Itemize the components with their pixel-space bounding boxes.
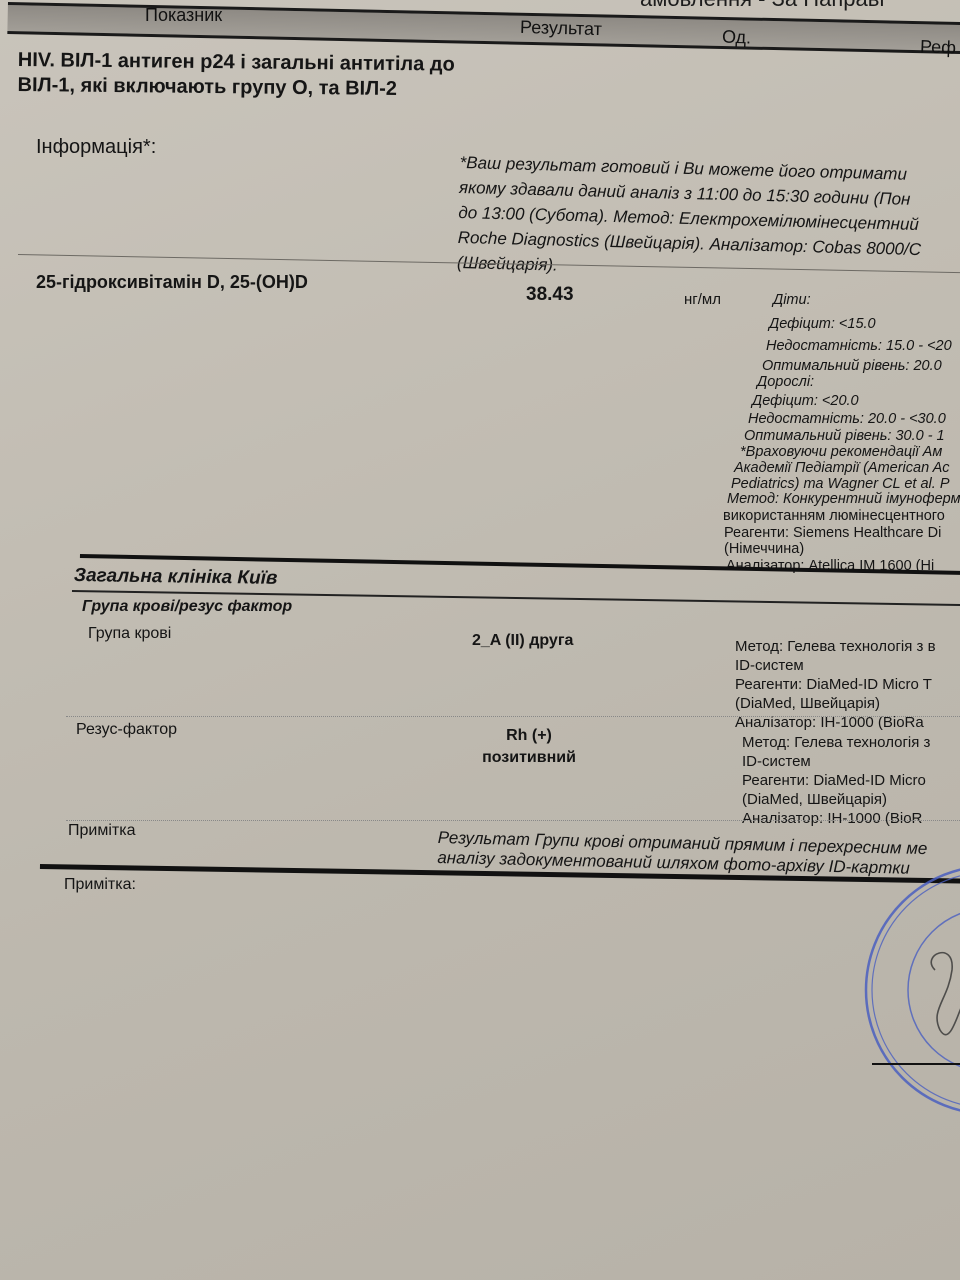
method-line: (DiaMed, Швейцарія) <box>742 790 930 809</box>
row-divider <box>66 820 960 821</box>
ref-line: Недостатність: 20.0 - <30.0 <box>748 411 946 427</box>
method-line: (DiaMed, Швейцарія) <box>735 694 936 713</box>
test-unit-vitamin-d: нг/мл <box>684 291 721 308</box>
signature-line <box>872 1063 960 1065</box>
document-title-fragment: амовлення - За Направі <box>640 0 884 12</box>
ref-line: Pediatrics) та Wagner CL et al. P <box>731 476 950 492</box>
header-unit: Од. <box>722 26 752 48</box>
method-line: ID-систем <box>735 656 936 675</box>
test-name-hiv: HIV. ВІЛ-1 антиген р24 і загальні антиті… <box>17 48 457 103</box>
ref-line: Дефіцит: <20.0 <box>752 393 859 409</box>
footer-note-label: Примітка: <box>64 876 136 894</box>
ref-line: Академії Педіатрії (American Ac <box>734 460 950 476</box>
method-line: Метод: Гелева технологія з <box>742 733 930 752</box>
ref-line: Метод: Конкурентний імуноферм <box>727 491 960 507</box>
ref-line: *Враховуючи рекомендації Ам <box>740 444 942 460</box>
result-line: позитивний <box>472 749 586 767</box>
ref-line: Оптимальний рівень: 30.0 - 1 <box>744 428 945 444</box>
ref-line: Дефіцит: <15.0 <box>769 316 876 332</box>
section-title: Загальна клініка Київ <box>74 565 278 590</box>
test-result-vitamin-d: 38.43 <box>526 284 574 306</box>
method-line: Реагенти: DiaMed-ID Micro T <box>735 675 936 694</box>
note-label: Примітка <box>68 822 135 840</box>
test-name-vitamin-d: 25-гідроксивітамін D, 25-(OH)D <box>36 272 308 293</box>
row-label-blood-group: Група крові <box>88 625 171 643</box>
result-line: Rh (+) <box>472 727 586 745</box>
ref-line: Діти: <box>773 292 811 308</box>
method-line: Реагенти: DiaMed-ID Micro <box>742 771 930 790</box>
row-method-rhesus: Метод: Гелева технологія з ID-систем Реа… <box>742 733 930 828</box>
row-divider <box>66 716 960 717</box>
method-line: Метод: Гелева технологія з в <box>735 637 936 656</box>
ref-line: Дорослі: <box>757 374 814 390</box>
group-title: Група крові/резус фактор <box>82 598 292 616</box>
row-method-blood-group: Метод: Гелева технологія з в ID-систем Р… <box>735 637 936 732</box>
header-indicator: Показник <box>145 5 222 26</box>
ref-line: (Німеччина) <box>724 541 804 557</box>
signature-icon <box>931 953 960 1035</box>
row-result-rhesus: Rh (+) позитивний <box>472 727 586 767</box>
header-reference: Реф <box>920 36 957 58</box>
ref-line: Оптимальний рівень: 20.0 <box>762 358 942 374</box>
ref-line: Реагенти: Siemens Healthcare Di <box>724 525 941 541</box>
method-line: Аналізатор: IH-1000 (BioR <box>742 809 930 828</box>
ref-line: Недостатність: 15.0 - <20 <box>766 338 952 354</box>
clinic-stamp-icon: нтр «Сінево <box>860 860 960 1120</box>
row-label-rhesus: Резус-фактор <box>76 721 177 739</box>
row-result-blood-group: 2_A (II) друга <box>472 632 573 650</box>
lab-results-page: амовлення - За Направі Показник Результа… <box>0 0 960 1280</box>
info-label: Інформація*: <box>36 136 156 159</box>
method-line: ID-систем <box>742 752 930 771</box>
ref-line: використанням люмінесцентного <box>723 508 945 524</box>
header-result: Результат <box>520 17 602 40</box>
